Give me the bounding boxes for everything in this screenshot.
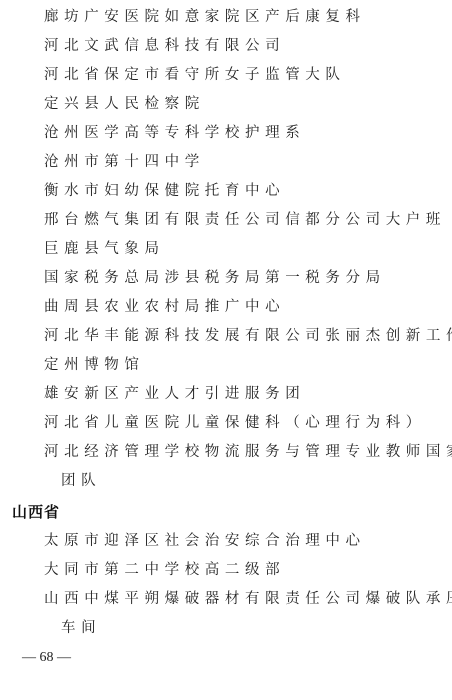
list-item-continuation: 车间 (61, 618, 101, 638)
list-item: 河北华丰能源科技发展有限公司张丽杰创新工作室 (44, 326, 452, 346)
list-item: 山西中煤平朔爆破器材有限责任公司爆破队承压气塞 (44, 589, 452, 609)
list-item: 大同市第二中学校高二级部 (44, 560, 285, 580)
list-item: 巨鹿县气象局 (44, 239, 165, 259)
page-number: — 68 — (22, 648, 71, 668)
list-item-continuation: 团队 (61, 471, 101, 491)
list-item: 河北经济管理学校物流服务与管理专业教师国家级创新 (44, 442, 452, 462)
list-item: 廊坊广安医院如意家院区产后康复科 (44, 7, 366, 27)
list-item: 曲周县农业农村局推广中心 (44, 297, 285, 317)
list-item: 沧州医学高等专科学校护理系 (44, 123, 305, 143)
list-item: 国家税务总局涉县税务局第一税务分局 (44, 268, 386, 288)
list-item: 邢台燃气集团有限责任公司信都分公司大户班 (44, 210, 446, 230)
list-item: 河北省保定市看守所女子监管大队 (44, 65, 346, 85)
list-item: 沧州市第十四中学 (44, 152, 205, 172)
list-item: 衡水市妇幼保健院托育中心 (44, 181, 285, 201)
list-item: 定兴县人民检察院 (44, 94, 205, 114)
list-item: 河北省儿童医院儿童保健科（心理行为科） (44, 413, 426, 433)
section-heading: 山西省 (12, 502, 60, 522)
list-item: 雄安新区产业人才引进服务团 (44, 384, 305, 404)
list-item: 河北文武信息科技有限公司 (44, 36, 285, 56)
list-item: 定州博物馆 (44, 355, 145, 375)
list-item: 太原市迎泽区社会治安综合治理中心 (44, 531, 366, 551)
